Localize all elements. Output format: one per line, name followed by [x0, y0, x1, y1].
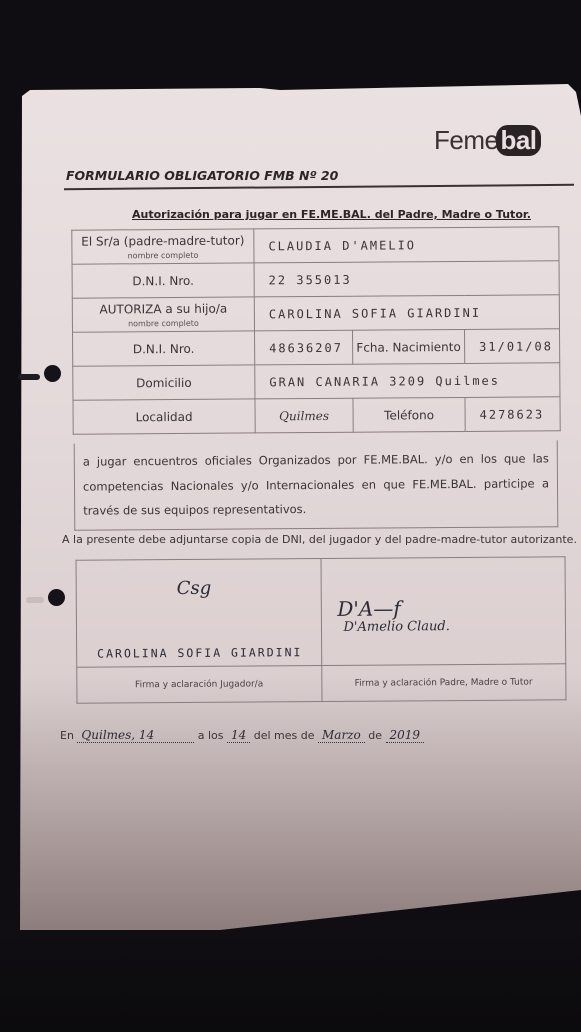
tutor-dni-field[interactable]: 22 355013 — [254, 261, 559, 297]
form-document: Femebal FORMULARIO OBLIGATORIO FMB Nº 20… — [22, 80, 580, 925]
table-row: D.N.I. Nro. 48636207 Fcha. Nacimiento 31… — [73, 329, 560, 366]
player-signature-caption: Firma y aclaración Jugador/a — [77, 665, 322, 703]
tutor-name-field[interactable]: CLAUDIA D'AMELIO — [254, 227, 559, 263]
table-row: Localidad Quilmes Teléfono 4278623 — [73, 397, 560, 434]
data-table: El Sr/a (padre-madre-tutor) nombre compl… — [71, 226, 560, 434]
year-field[interactable]: 2019 — [386, 728, 425, 743]
address-field[interactable]: GRAN CANARIA 3209 Quilmes — [255, 363, 560, 399]
place-date-line: En Quilmes, 14 a los 14 del mes de Marzo… — [60, 728, 424, 742]
table-row: El Sr/a (padre-madre-tutor) nombre compl… — [72, 227, 559, 264]
logo-text: Feme — [434, 125, 498, 155]
a-los-label: a los — [198, 729, 224, 742]
child-label: AUTORIZA a su hijo/a — [99, 301, 227, 316]
tutor-dni-label: D.N.I. Nro. — [72, 263, 254, 298]
day-field[interactable]: 14 — [227, 728, 250, 743]
table-row: Domicilio GRAN CANARIA 3209 Quilmes — [73, 363, 560, 400]
parent-signature-caption: Firma y aclaración Padre, Madre o Tutor — [321, 664, 566, 702]
player-signature-box[interactable]: Csg CAROLINA SOFIA GIARDINI — [76, 559, 321, 668]
title-divider — [64, 184, 574, 190]
phone-field[interactable]: 4278623 — [465, 397, 560, 432]
phone-label: Teléfono — [353, 397, 465, 432]
child-dni-field[interactable]: 48636207 — [255, 330, 353, 365]
city-field[interactable]: Quilmes — [255, 398, 353, 433]
city-label: Localidad — [73, 399, 255, 434]
child-label-cell: AUTORIZA a su hijo/a nombre completo — [72, 297, 254, 332]
form-subtitle: Autorización para jugar en FE.ME.BAL. de… — [132, 208, 531, 221]
child-name-field[interactable]: CAROLINA SOFIA GIARDINI — [254, 295, 559, 331]
place-field[interactable]: Quilmes, 14 — [77, 728, 194, 743]
child-dni-label: D.N.I. Nro. — [73, 331, 255, 366]
authorization-text: a jugar encuentros oficiales Organizados… — [74, 440, 559, 530]
child-sublabel: nombre completo — [76, 318, 251, 328]
table-row: D.N.I. Nro. 22 355013 — [72, 261, 559, 298]
tutor-label: El Sr/a (padre-madre-tutor) — [81, 233, 244, 248]
month-label: del mes de — [254, 729, 315, 742]
year-label: de — [368, 729, 382, 742]
background-surface — [0, 920, 581, 1032]
attachment-note: A la presente debe adjuntarse copia de D… — [62, 533, 577, 546]
parent-printed-name: D'Amelio Claud. — [343, 619, 449, 635]
femebal-logo: Femebal — [434, 125, 541, 156]
birth-date-field[interactable]: 31/01/08 — [464, 329, 559, 364]
form-title: FORMULARIO OBLIGATORIO FMB Nº 20 — [66, 168, 338, 183]
table-row: AUTORIZA a su hijo/a nombre completo CAR… — [72, 295, 559, 332]
tutor-label-cell: El Sr/a (padre-madre-tutor) nombre compl… — [72, 229, 254, 264]
month-field[interactable]: Marzo — [318, 728, 365, 743]
signature-table: Csg CAROLINA SOFIA GIARDINI D'A—f D'Amel… — [76, 556, 567, 703]
caption-row: Firma y aclaración Jugador/a Firma y acl… — [77, 664, 566, 703]
player-signature: Csg — [177, 578, 212, 599]
parent-signature: D'A—f — [337, 596, 401, 620]
logo-badge: bal — [496, 125, 540, 156]
player-printed-name: CAROLINA SOFIA GIARDINI — [97, 645, 302, 660]
en-label: En — [60, 729, 74, 742]
birth-date-label: Fcha. Nacimiento — [352, 329, 464, 364]
address-label: Domicilio — [73, 365, 255, 400]
parent-signature-box[interactable]: D'A—f D'Amelio Claud. — [321, 557, 566, 666]
signature-row: Csg CAROLINA SOFIA GIARDINI D'A—f D'Amel… — [76, 557, 566, 667]
tutor-sublabel: nombre completo — [75, 250, 250, 260]
